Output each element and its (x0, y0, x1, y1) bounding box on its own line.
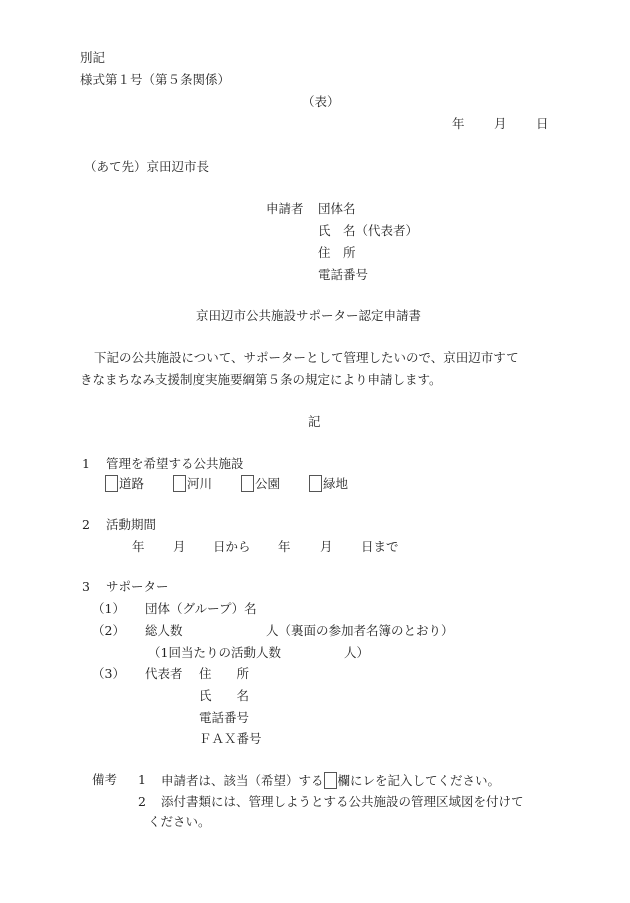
side-label: （表） (302, 94, 340, 110)
option-river[interactable]: 河川 (173, 475, 212, 492)
date-day: 日 (536, 116, 549, 132)
appendix-label: 別記 (80, 50, 105, 66)
section-heading: サポーター (106, 579, 169, 595)
item-number: （3） (92, 666, 125, 682)
rep-name: 氏 名 (199, 688, 249, 704)
period-month-from: 月 (173, 539, 186, 555)
group-name-label: 団体（グループ）名 (145, 601, 257, 617)
checkbox-sample (324, 772, 337, 789)
item-number: （1） (92, 601, 125, 617)
section-number: 3 (82, 579, 90, 595)
notes-label: 備考 (92, 772, 117, 788)
note-number: 2 (138, 794, 146, 810)
applicant-address: 住 所 (318, 245, 356, 261)
section-number: 2 (82, 517, 90, 533)
section-number: 1 (82, 456, 90, 472)
total-members-label: 総人数 (145, 623, 183, 639)
section-heading: 活動期間 (106, 517, 156, 533)
addressee: （あて先）京田辺市長 (84, 159, 209, 175)
body-line: 下記の公共施設について、サポーターとして管理したいので、京田辺市すて (94, 350, 519, 366)
note-number: 1 (138, 772, 146, 788)
checkbox[interactable] (309, 475, 322, 492)
form-number: 様式第１号（第５条関係） (80, 72, 230, 88)
option-road[interactable]: 道路 (105, 475, 144, 492)
section-heading: 管理を希望する公共施設 (106, 456, 244, 472)
period-year-from: 年 (132, 539, 145, 555)
document-title: 京田辺市公共施設サポーター認定申請書 (196, 308, 421, 324)
option-park[interactable]: 公園 (241, 475, 280, 492)
period-day-to: 日まで (361, 539, 399, 555)
checkbox[interactable] (173, 475, 186, 492)
applicant-name: 氏 名（代表者） (318, 223, 418, 239)
rep-address: 住 所 (199, 666, 249, 682)
applicant-label: 申請者 (266, 201, 304, 217)
period-year-to: 年 (278, 539, 291, 555)
applicant-group-name: 団体名 (318, 201, 356, 217)
applicant-phone: 電話番号 (318, 267, 368, 283)
period-month-to: 月 (320, 539, 333, 555)
checkbox[interactable] (105, 475, 118, 492)
rep-phone: 電話番号 (199, 710, 249, 726)
date-year: 年 (452, 116, 465, 132)
note-1: 申請者は、該当（希望）する欄にレを記入してください。 (161, 772, 500, 789)
representative-label: 代表者 (145, 666, 183, 682)
checkbox[interactable] (241, 475, 254, 492)
ki-label: 記 (308, 414, 321, 430)
body-line: きなまちなみ支援制度実施要綱第５条の規定により申請します。 (80, 372, 442, 388)
rep-fax: ＦＡＸ番号 (199, 731, 262, 747)
date-month: 月 (494, 116, 507, 132)
per-activity-label: （1回当たりの活動人数 (148, 645, 281, 661)
total-members-suffix: 人（裏面の参加者名簿のとおり） (266, 623, 454, 639)
note-2-line2: ください。 (148, 814, 211, 830)
item-number: （2） (92, 623, 125, 639)
period-day-from: 日から (213, 539, 251, 555)
note-2-line1: 添付書類には、管理しようとする公共施設の管理区域図を付けて (161, 794, 524, 810)
option-green[interactable]: 緑地 (309, 475, 348, 492)
per-activity-suffix: 人） (344, 645, 369, 661)
